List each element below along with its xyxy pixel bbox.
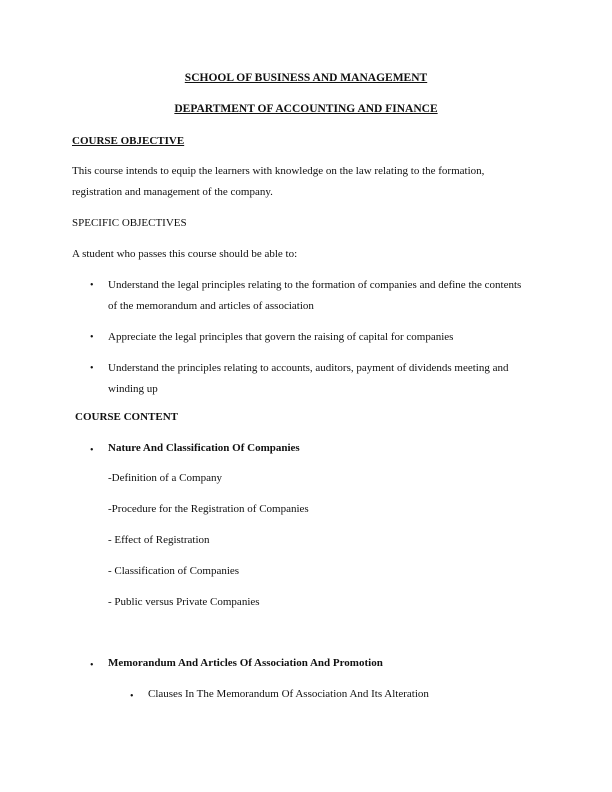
department-title: DEPARTMENT OF ACCOUNTING AND FINANCE xyxy=(0,103,612,115)
objective-item: Appreciate the legal principles that gov… xyxy=(108,327,528,348)
objective-item: Understand the principles relating to ac… xyxy=(108,358,528,400)
subtopic: -Definition of a Company xyxy=(108,472,222,484)
subtopic: - Public versus Private Companies xyxy=(108,596,260,608)
course-objective-text: This course intends to equip the learner… xyxy=(72,161,532,203)
subtopic: Clauses In The Memorandum Of Association… xyxy=(148,688,429,700)
school-title: SCHOOL OF BUSINESS AND MANAGEMENT xyxy=(0,72,612,84)
objective-item: Understand the legal principles relating… xyxy=(108,275,528,317)
bullet-icon: • xyxy=(90,445,94,456)
subtopic: - Effect of Registration xyxy=(108,534,210,546)
bullet-icon: • xyxy=(90,332,94,343)
subtopic: - Classification of Companies xyxy=(108,565,239,577)
topic-title: Nature And Classification Of Companies xyxy=(108,442,300,454)
specific-objectives-heading: SPECIFIC OBJECTIVES xyxy=(72,217,187,229)
bullet-icon: • xyxy=(90,660,94,671)
bullet-icon: • xyxy=(90,280,94,291)
course-objective-heading: COURSE OBJECTIVE xyxy=(72,135,184,147)
topic-title: Memorandum And Articles Of Association A… xyxy=(108,657,383,669)
specific-objectives-intro: A student who passes this course should … xyxy=(72,248,297,260)
bullet-icon: • xyxy=(130,691,134,702)
subtopic: -Procedure for the Registration of Compa… xyxy=(108,503,309,515)
course-content-heading: COURSE CONTENT xyxy=(75,411,178,423)
bullet-icon: • xyxy=(90,363,94,374)
